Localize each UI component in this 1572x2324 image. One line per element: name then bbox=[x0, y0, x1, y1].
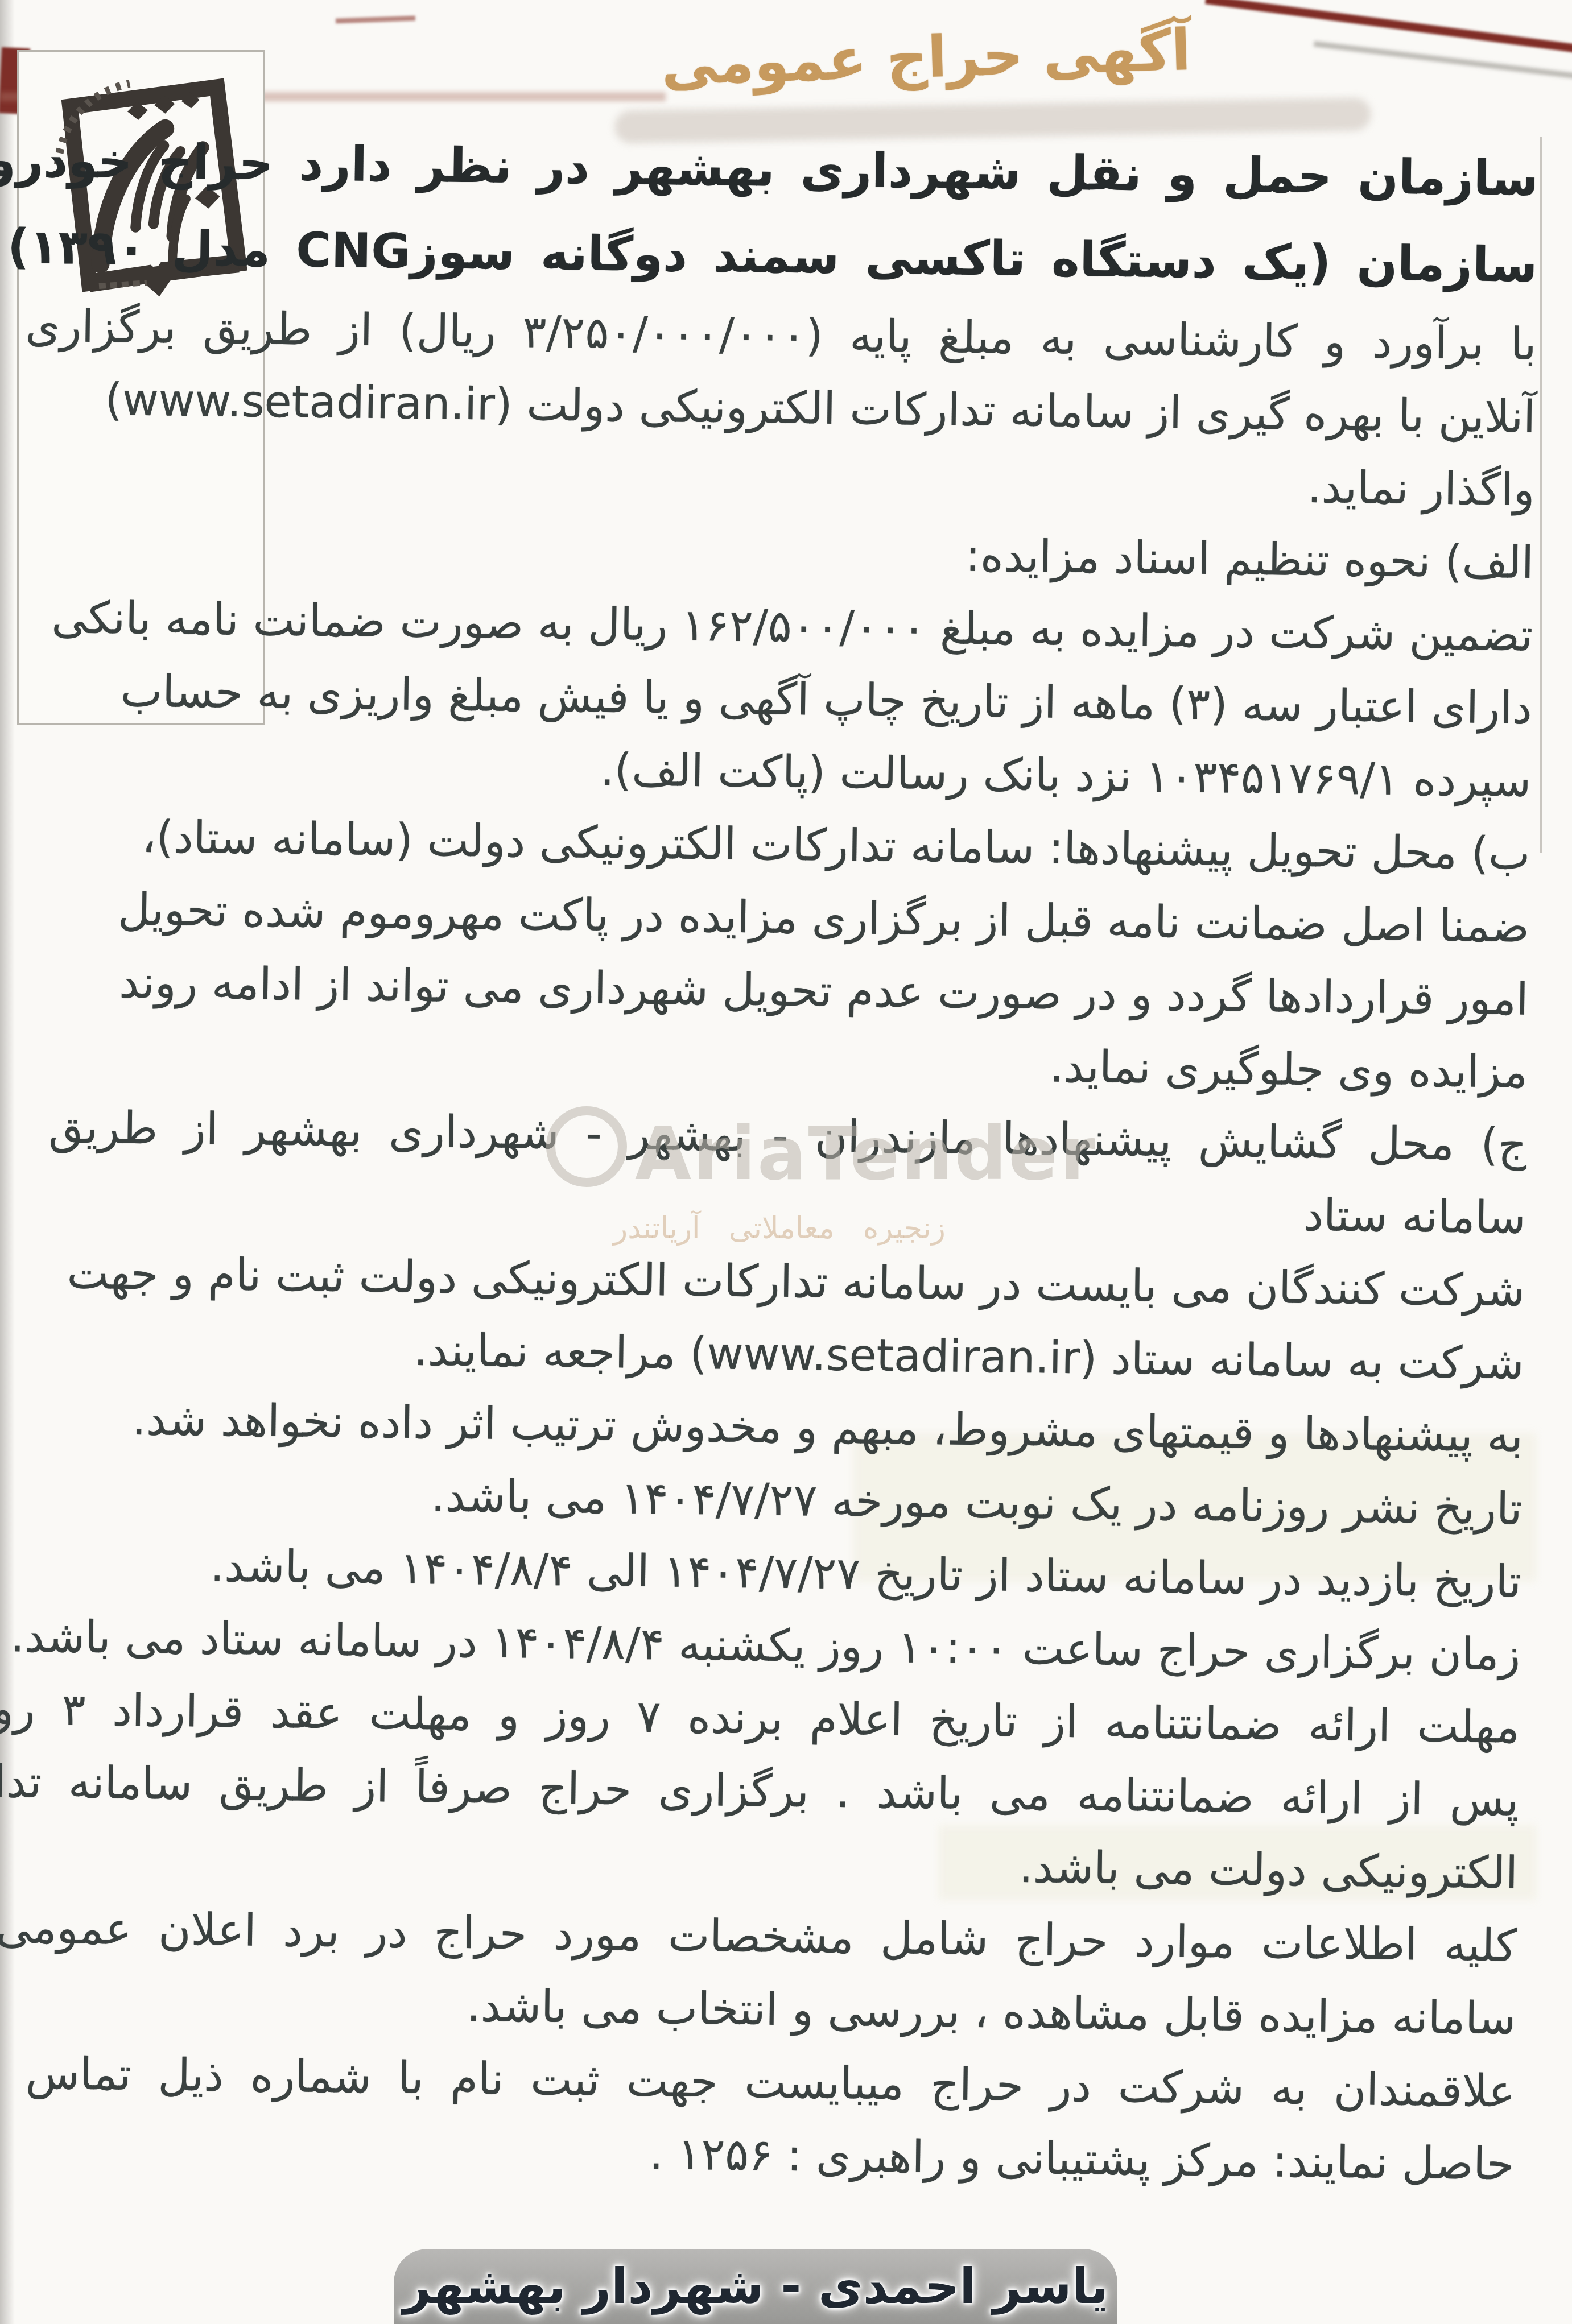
page-title: آگهی حراج عمومی bbox=[661, 16, 1192, 98]
signature-banner: یاسر احمدی - شهردار بهشهر bbox=[394, 2249, 1117, 2324]
column-rule-right bbox=[1540, 137, 1542, 853]
notice-body: سازمان حمل و نقل شهرداری بهشهر در نظر دا… bbox=[26, 117, 1539, 2201]
red-scan-tick bbox=[336, 16, 415, 24]
red-corner-mark-right bbox=[1205, 0, 1572, 55]
scanned-auction-notice-page: آگهی حراج عمومی bbox=[0, 0, 1572, 2324]
signature-text: یاسر احمدی - شهردار بهشهر bbox=[403, 2258, 1109, 2315]
